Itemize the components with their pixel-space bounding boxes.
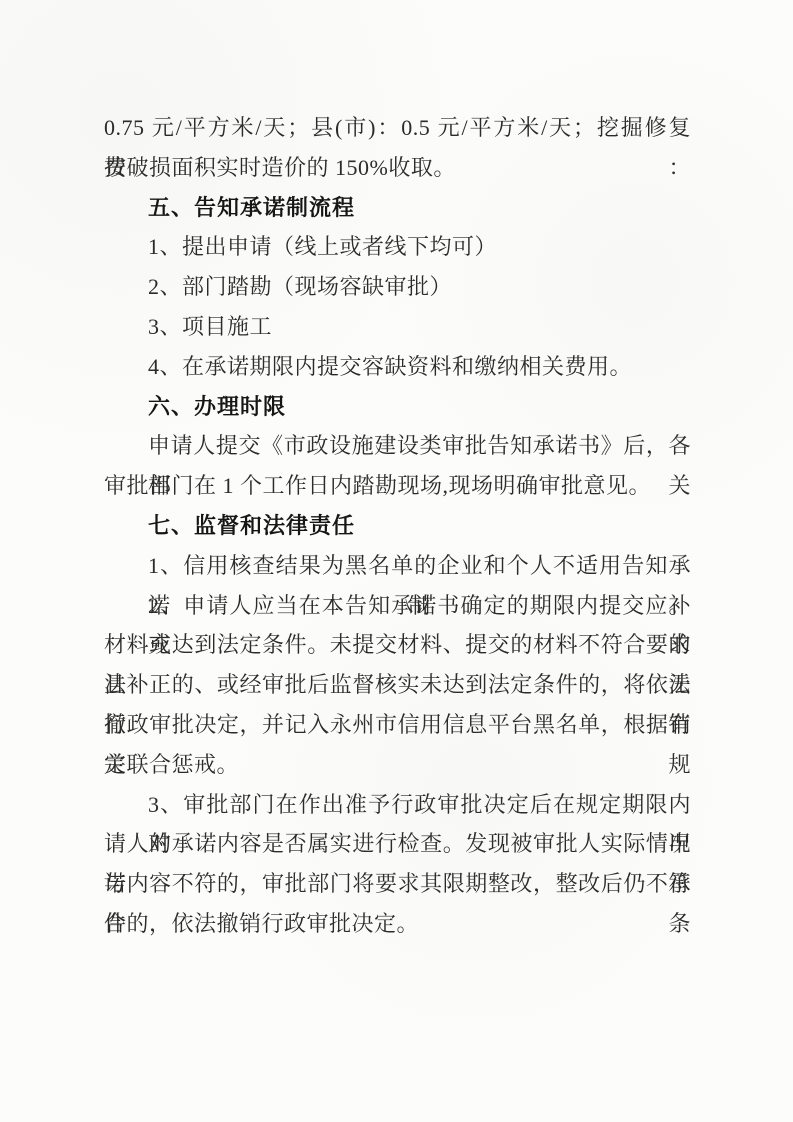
document-page: 0.75 元/平方米/天；县(市)：0.5 元/平方米/天；挖掘修复费： 按破损… <box>104 108 691 944</box>
doc-line-list-item: 4、在承诺期限内提交容缺资料和缴纳相关费用。 <box>104 347 691 387</box>
section-heading-6: 六、办理时限 <box>104 387 691 427</box>
doc-line: 法补正的、或经审批后监督核实未达到法定条件的，将依法撤销 <box>104 665 691 705</box>
doc-line-list-item: 1、提出申请（线上或者线下均可） <box>104 227 691 267</box>
doc-line: 审批部门在 1 个工作日内踏勘现场,现场明确审批意见。 <box>104 466 691 506</box>
section-heading-7: 七、监督和法律责任 <box>104 506 691 546</box>
doc-line-list-item: 3、项目施工 <box>104 307 691 347</box>
doc-line-list-item: 2、部门踏勘（现场容缺审批） <box>104 267 691 307</box>
doc-line: 诺内容不符的，审批部门将要求其限期整改，整改后仍不符合条 <box>104 864 691 904</box>
doc-line: 请人的承诺内容是否属实进行检查。发现被审批人实际情况与承 <box>104 824 691 864</box>
doc-line-list-item: 3、审批部门在作出准予行政审批决定后在规定期限内对申 <box>104 785 691 825</box>
doc-line: 申请人提交《市政设施建设类审批告知承诺书》后，各相关 <box>104 426 691 466</box>
doc-line: 0.75 元/平方米/天；县(市)：0.5 元/平方米/天；挖掘修复费： <box>104 108 691 148</box>
section-heading-5: 五、告知承诺制流程 <box>104 188 691 228</box>
doc-line: 材料或达到法定条件。未提交材料、提交的材料不符合要求且无 <box>104 625 691 665</box>
doc-line-list-item: 2、申请人应当在本告知承诺书确定的期限内提交应补充的 <box>104 586 691 626</box>
doc-line: 行政审批决定，并记入永州市信用信息平台黑名单，根据有关规 <box>104 705 691 745</box>
doc-line-list-item: 1、信用核查结果为黑名单的企业和个人不适用告知承诺制。 <box>104 546 691 586</box>
